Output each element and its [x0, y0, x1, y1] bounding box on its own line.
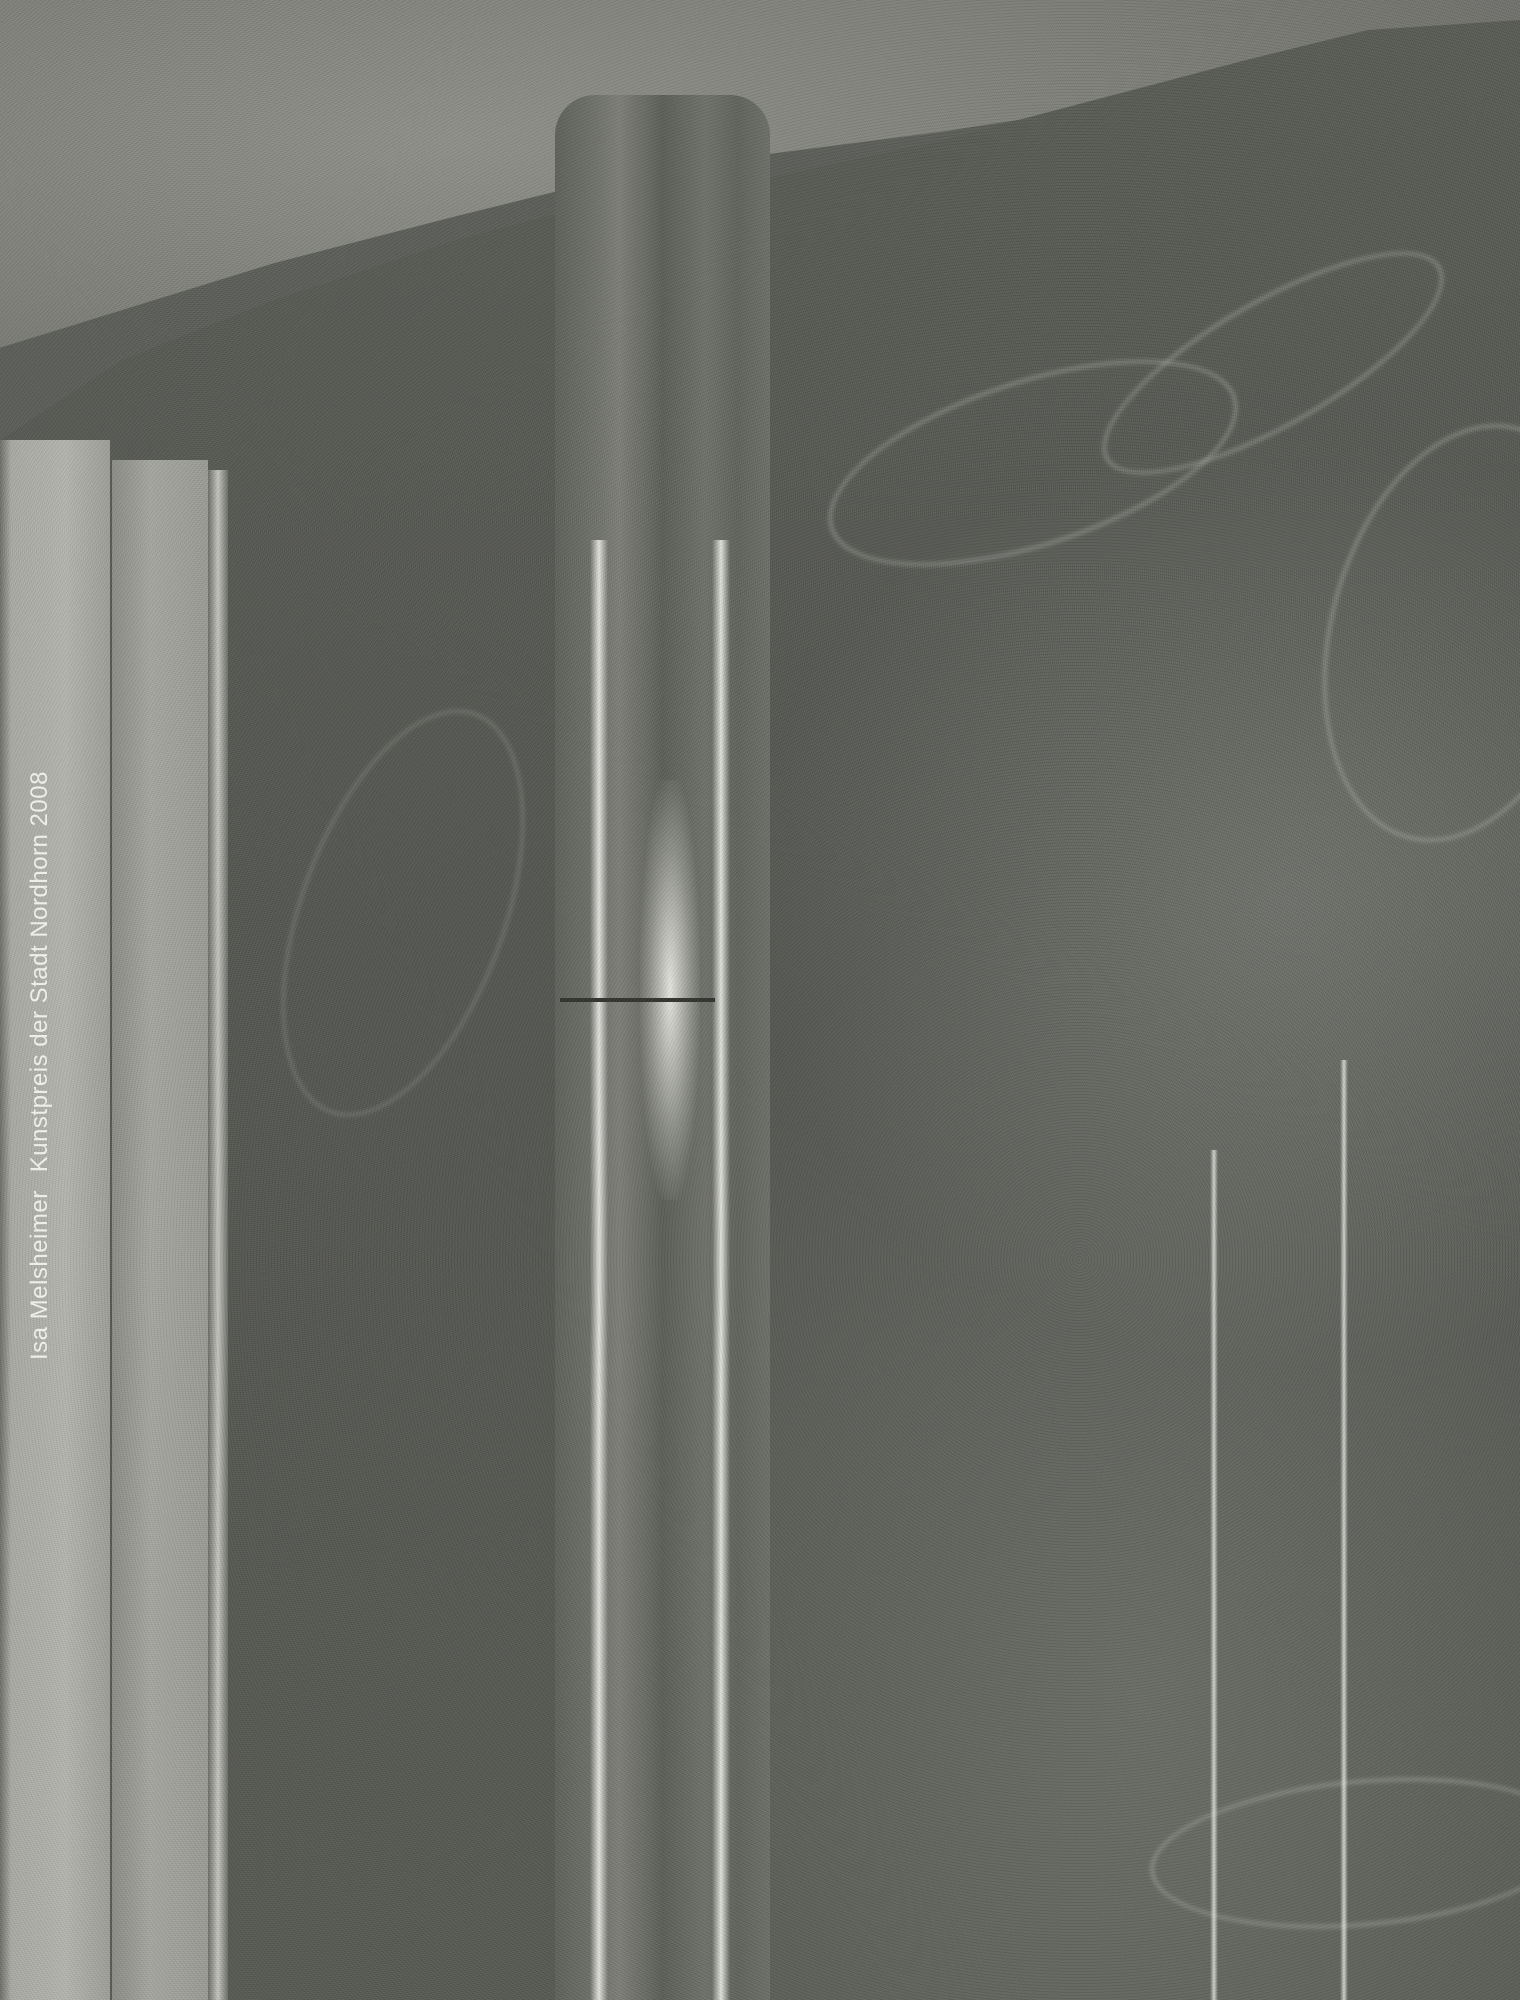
artist-name: Isa Melsheimer — [26, 1190, 53, 1360]
pillar-band — [560, 998, 715, 1002]
pillar-highlight — [712, 540, 730, 2000]
vertical-rod — [1340, 1060, 1348, 2000]
pillar-highlight — [590, 540, 608, 2000]
publication-title: Kunstpreis der Stadt Nordhorn 2008 — [26, 771, 53, 1172]
pillar-glow — [640, 780, 700, 1200]
vertical-rod — [1210, 1150, 1218, 2000]
door-frame-left — [0, 440, 110, 2000]
door-frame-edge — [208, 470, 228, 2000]
book-cover: Isa MelsheimerKunstpreis der Stadt Nordh… — [0, 0, 1520, 2000]
door-frame-inner — [112, 460, 208, 2000]
cover-title: Isa MelsheimerKunstpreis der Stadt Nordh… — [26, 771, 54, 1360]
